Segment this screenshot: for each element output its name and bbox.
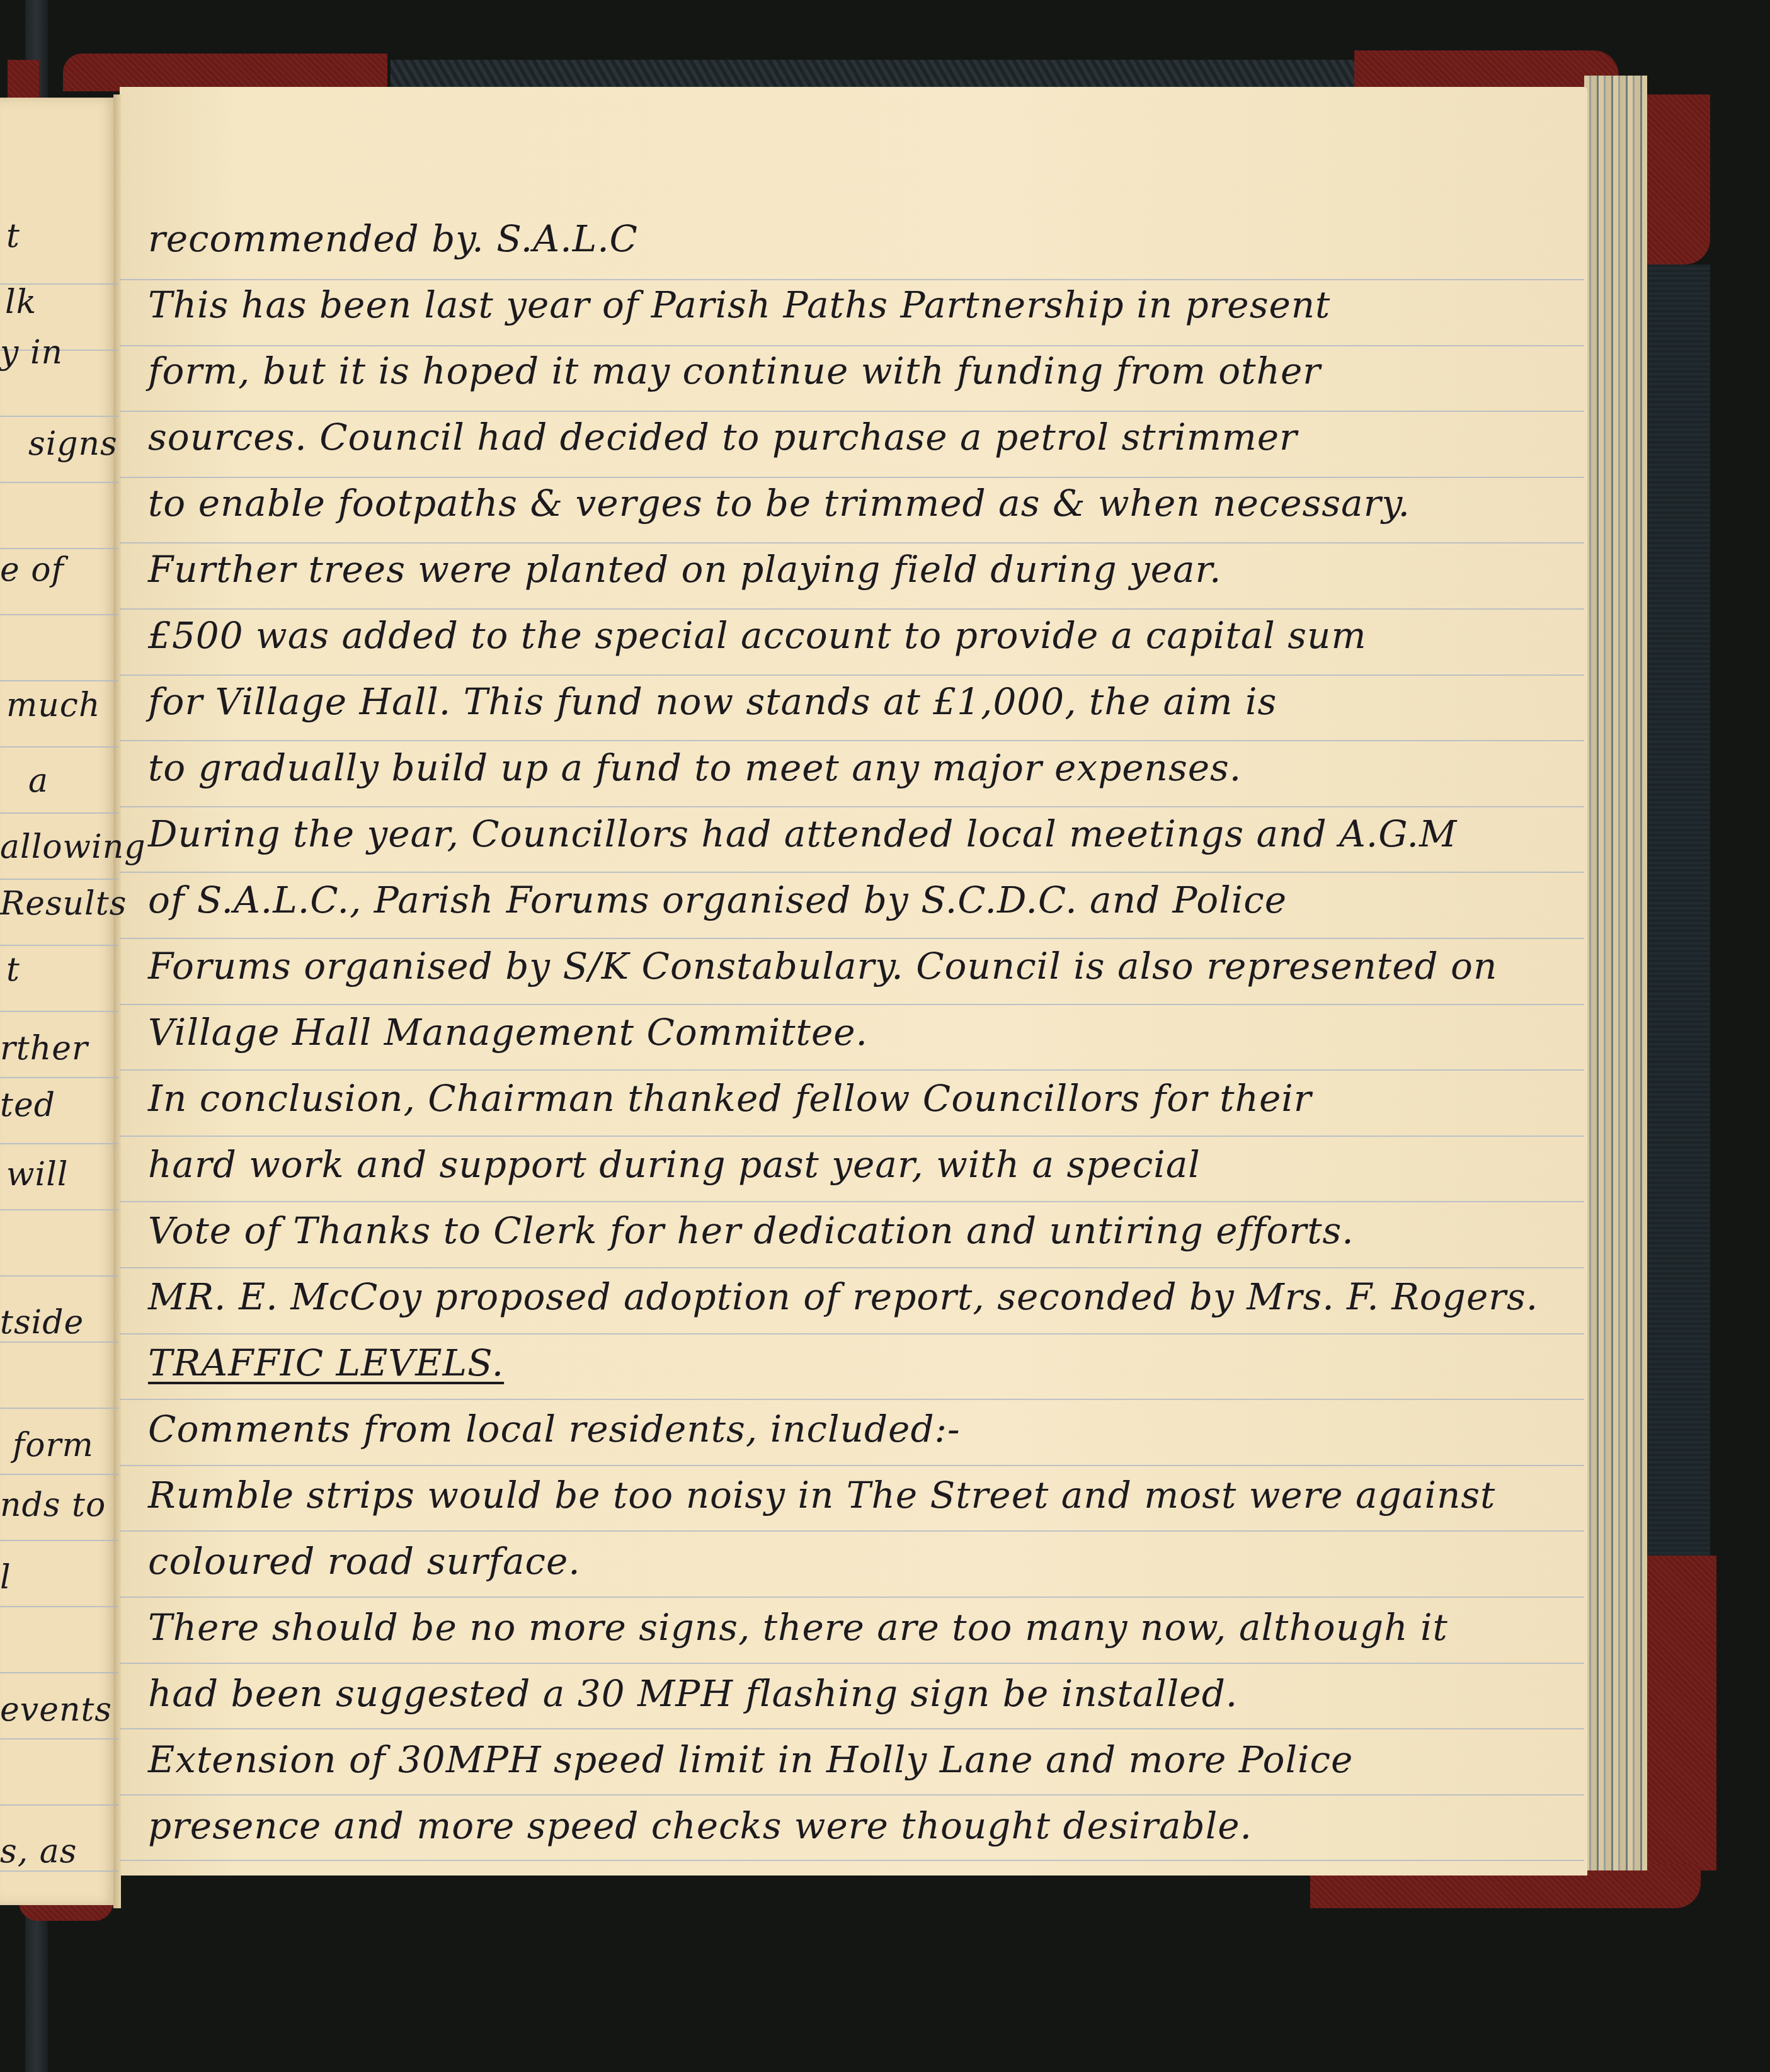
left-page-fragment: t xyxy=(6,217,20,255)
left-page-fragment: y in xyxy=(0,334,63,372)
right-ruled-line xyxy=(120,1069,1584,1071)
left-page-fragment: much xyxy=(6,686,100,724)
left-page-fragment: ted xyxy=(0,1086,55,1124)
left-ruled-line xyxy=(0,416,118,417)
handwritten-line: Vote of Thanks to Clerk for her dedicati… xyxy=(148,1209,1354,1252)
left-page-fragment: nds to xyxy=(0,1486,106,1524)
right-ruled-line xyxy=(120,1794,1584,1796)
handwritten-line: Forums organised by S/K Constabulary. Co… xyxy=(148,945,1497,988)
cover-edge-right-top xyxy=(1644,94,1710,265)
handwritten-line: form, but it is hoped it may continue wi… xyxy=(148,350,1321,392)
left-ruled-line xyxy=(0,482,118,483)
left-ruled-line xyxy=(0,614,118,615)
handwritten-line: hard work and support during past year, … xyxy=(148,1143,1201,1186)
right-ruled-line xyxy=(120,1136,1584,1137)
right-ruled-line xyxy=(120,1201,1584,1202)
handwritten-line: Further trees were planted on playing fi… xyxy=(148,548,1221,591)
left-page-fragment: a xyxy=(28,762,49,800)
left-ruled-line xyxy=(0,746,118,748)
handwritten-line: Comments from local residents, included:… xyxy=(148,1408,961,1450)
right-ruled-line xyxy=(120,1399,1584,1400)
left-page-fragment: allowing xyxy=(0,828,146,866)
handwritten-line: During the year, Councillors had attende… xyxy=(148,812,1457,855)
right-ruled-line xyxy=(120,1663,1584,1664)
handwritten-line: Extension of 30MPH speed limit in Holly … xyxy=(148,1738,1353,1781)
cover-edge-right-bottom xyxy=(1644,1556,1716,1870)
right-ruled-line xyxy=(120,411,1584,412)
left-ruled-line xyxy=(0,945,118,946)
handwritten-line: sources. Council had decided to purchase… xyxy=(148,416,1298,458)
handwritten-line: presence and more speed checks were thou… xyxy=(148,1804,1252,1847)
left-ruled-line xyxy=(0,1738,118,1739)
section-heading: TRAFFIC LEVELS. xyxy=(148,1341,504,1384)
page-stack-edges xyxy=(1584,76,1647,1870)
handwritten-line: £500 was added to the special account to… xyxy=(148,614,1366,657)
left-ruled-line xyxy=(0,1143,118,1144)
right-ruled-line xyxy=(120,1267,1584,1268)
left-ruled-line xyxy=(0,1672,118,1673)
right-ruled-line xyxy=(120,279,1584,280)
right-ruled-line xyxy=(120,608,1584,610)
left-ruled-line xyxy=(0,1804,118,1806)
left-page-fragment: form xyxy=(13,1426,94,1464)
left-ruled-line xyxy=(0,1077,118,1078)
left-ruled-line xyxy=(0,879,118,880)
book-headband xyxy=(391,60,1354,88)
right-ruled-line xyxy=(120,345,1584,346)
right-ruled-line xyxy=(120,542,1584,544)
left-page-fragment: tside xyxy=(0,1304,84,1341)
cover-corner-top-left-outer xyxy=(8,60,39,98)
left-ruled-line xyxy=(0,1209,118,1210)
left-page-fragment: t xyxy=(6,951,20,989)
right-ruled-line xyxy=(120,1004,1584,1005)
left-ruled-line xyxy=(0,680,118,681)
handwritten-line: There should be no more signs, there are… xyxy=(148,1606,1448,1649)
cover-corner-top-left xyxy=(63,54,387,91)
left-ruled-line xyxy=(0,1474,118,1475)
left-ruled-line xyxy=(0,1341,118,1343)
right-ruled-line xyxy=(120,1530,1584,1532)
left-page-fragment: l xyxy=(0,1559,11,1597)
left-ruled-line xyxy=(0,812,118,814)
left-ruled-line xyxy=(0,548,118,549)
left-page-fragment: rther xyxy=(0,1030,88,1067)
handwritten-line: for Village Hall. This fund now stands a… xyxy=(148,680,1277,723)
left-ruled-line xyxy=(0,1408,118,1409)
handwritten-line: of S.A.L.C., Parish Forums organised by … xyxy=(148,879,1287,921)
cover-edge-right-cloth xyxy=(1644,265,1710,1562)
left-page-fragment: Results xyxy=(0,885,127,923)
right-ruled-line xyxy=(120,1333,1584,1335)
right-ruled-line xyxy=(120,1465,1584,1466)
left-page-fragment: will xyxy=(6,1156,68,1193)
left-page-fragment: events xyxy=(0,1691,112,1729)
left-page-fragment: signs xyxy=(28,425,118,463)
handwritten-line: Rumble strips would be too noisy in The … xyxy=(148,1474,1495,1517)
right-ruled-line xyxy=(120,675,1584,676)
right-ruled-line xyxy=(120,806,1584,807)
book-gutter xyxy=(113,94,121,1908)
handwritten-line: recommended by. S.A.L.C xyxy=(148,217,638,260)
right-ruled-line xyxy=(120,1597,1584,1598)
handwritten-line: This has been last year of Parish Paths … xyxy=(148,283,1330,326)
right-ruled-line xyxy=(120,1728,1584,1729)
handwritten-line: had been suggested a 30 MPH flashing sig… xyxy=(148,1672,1238,1715)
handwritten-line: to gradually build up a fund to meet any… xyxy=(148,746,1242,789)
handwritten-line: Village Hall Management Committee. xyxy=(148,1011,868,1054)
handwritten-line: MR. E. McCoy proposed adoption of report… xyxy=(148,1275,1538,1318)
left-ruled-line xyxy=(0,1275,118,1277)
right-ruled-line xyxy=(120,477,1584,478)
left-ruled-line xyxy=(0,1540,118,1541)
left-page-fragment: e of xyxy=(0,551,64,589)
right-ruled-line xyxy=(120,938,1584,939)
handwritten-line: coloured road surface. xyxy=(148,1540,581,1583)
left-ruled-line xyxy=(0,1606,118,1607)
right-ruled-line xyxy=(120,1860,1584,1861)
left-page-fragment: s, as xyxy=(0,1833,77,1870)
left-page-fragment: lk xyxy=(5,283,37,321)
left-ruled-line xyxy=(0,1011,118,1012)
handwritten-line: In conclusion, Chairman thanked fellow C… xyxy=(148,1077,1312,1120)
left-ruled-line xyxy=(0,1870,118,1872)
handwritten-line: to enable footpaths & verges to be trimm… xyxy=(148,482,1410,525)
right-ruled-line xyxy=(120,740,1584,741)
right-ruled-line xyxy=(120,872,1584,873)
